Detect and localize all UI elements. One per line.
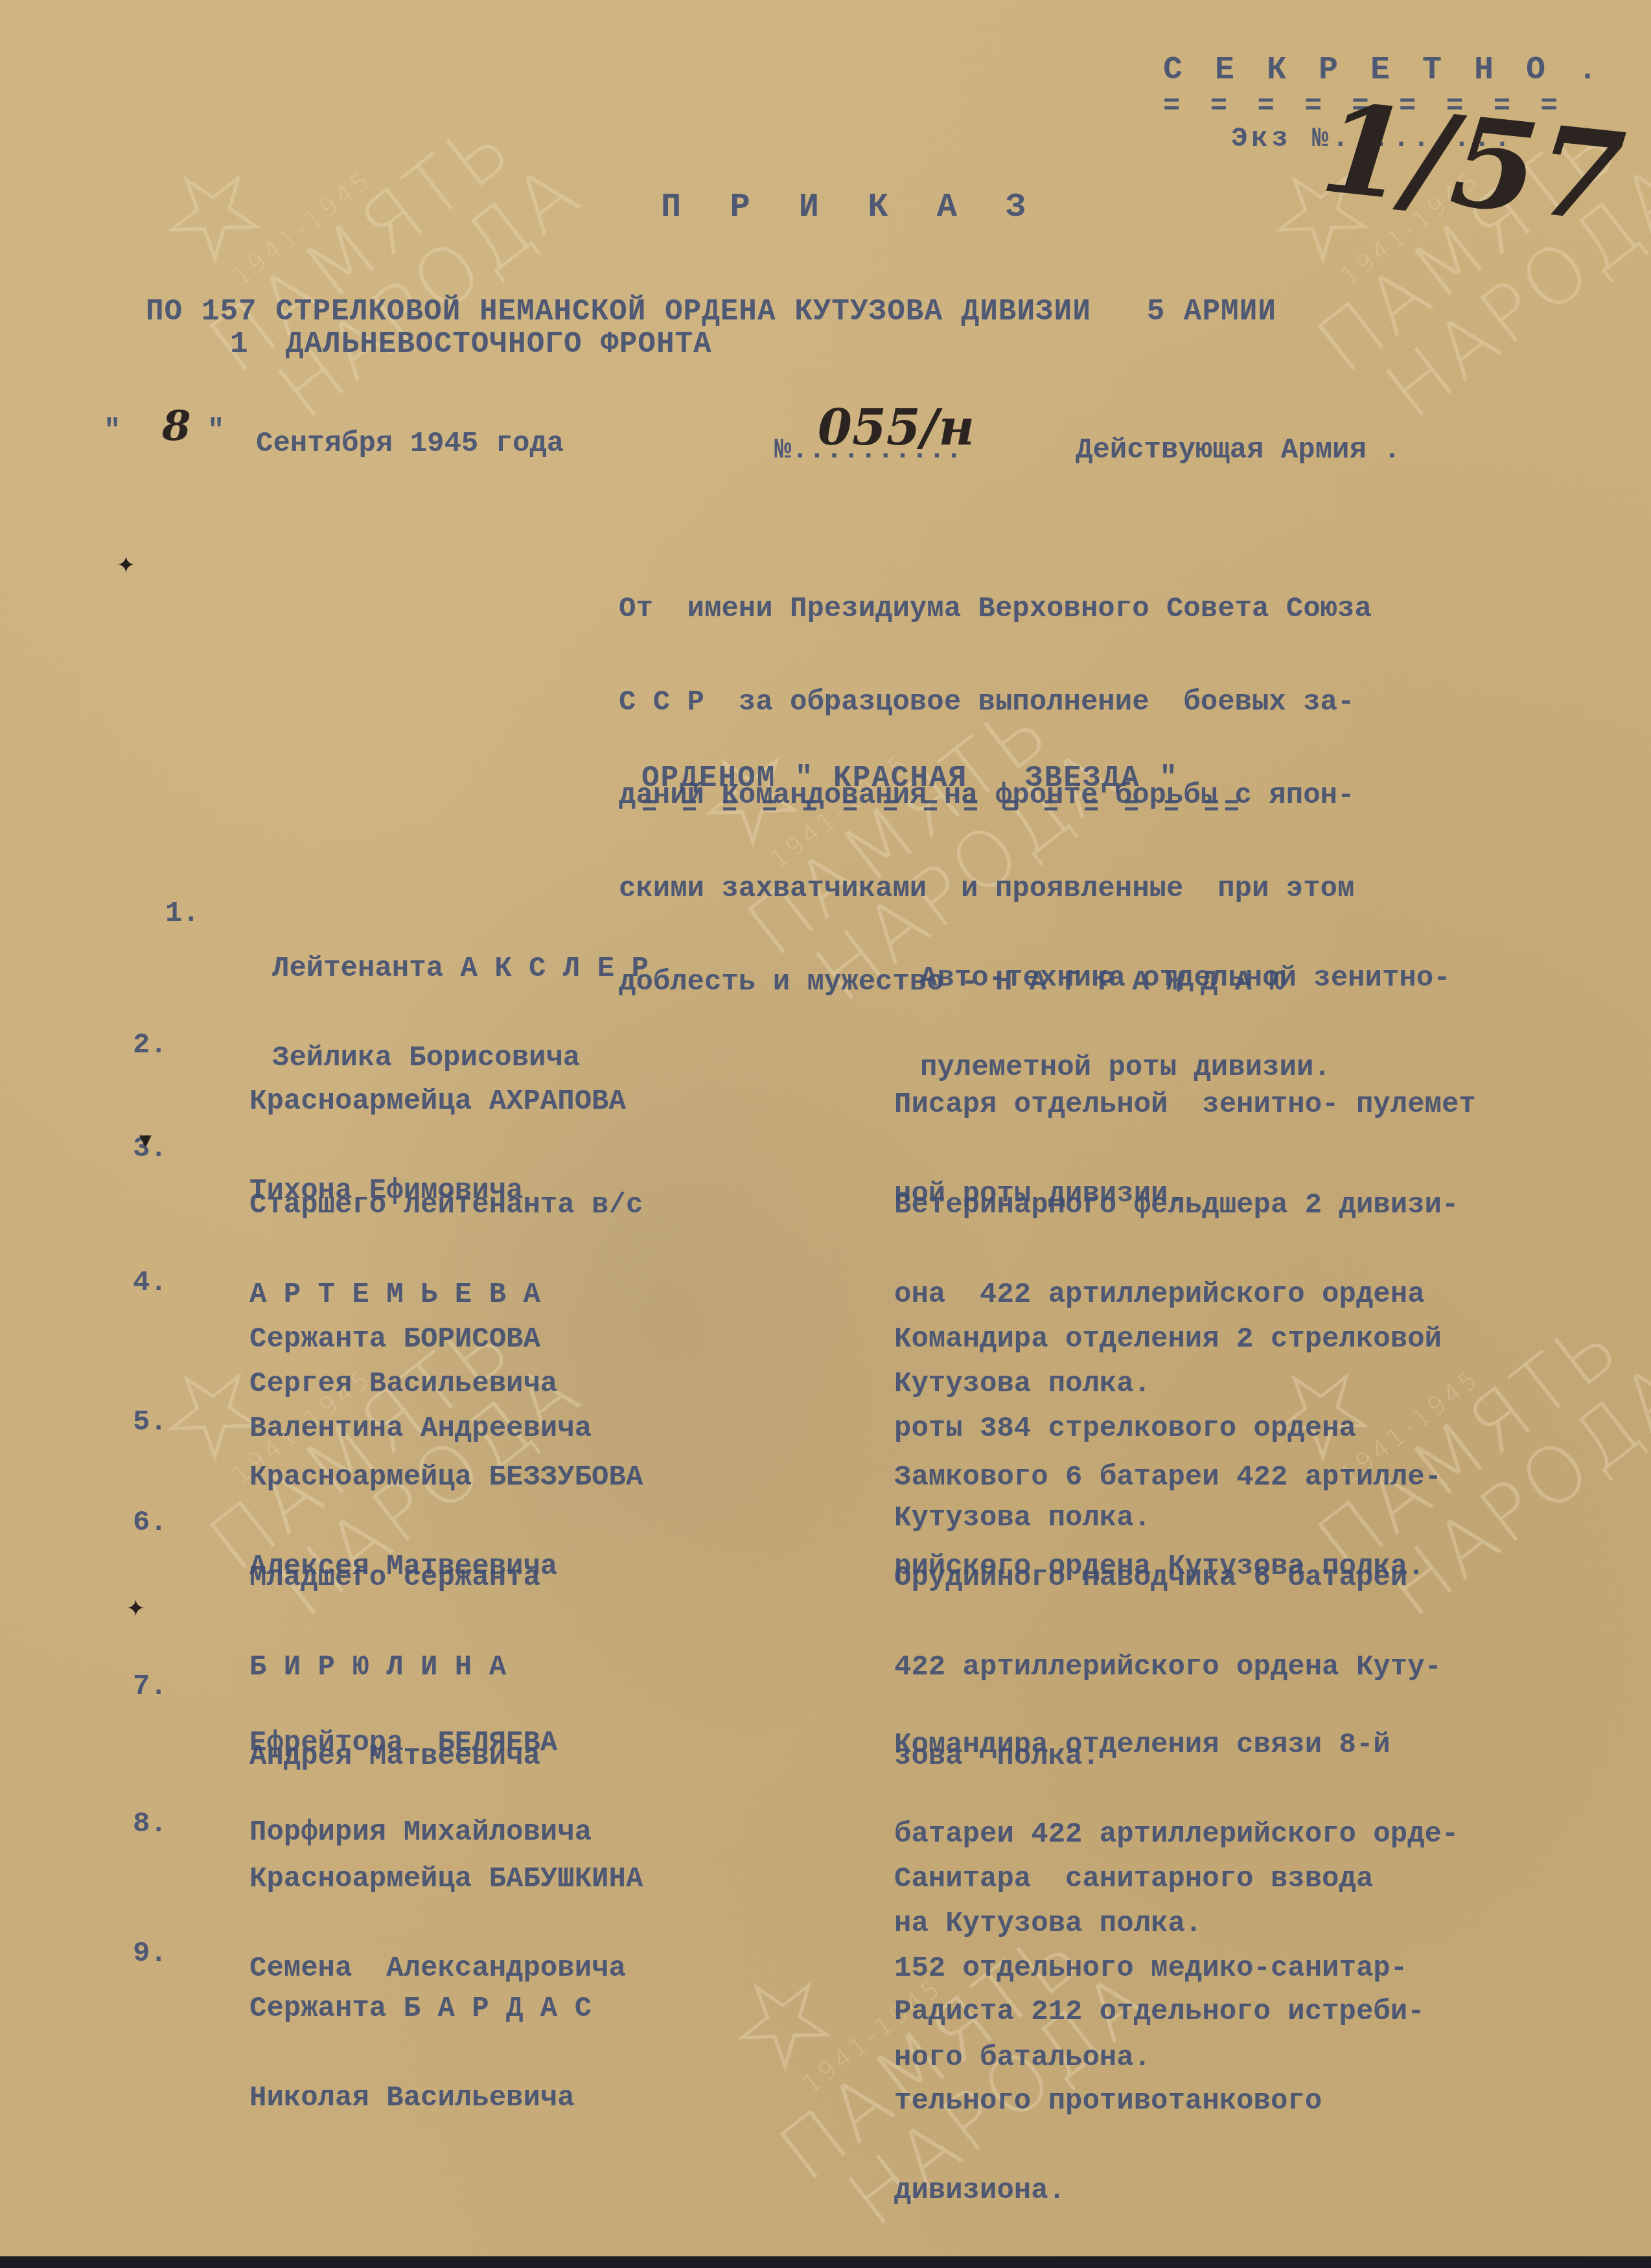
date-month-year: Сентября 1945 года [256,428,564,460]
date-open-quote: " [104,415,121,447]
entry-number: 8. [133,1808,167,1840]
punch-hole-mark: ✦ [126,1588,145,1626]
award-title: ОРДЕНОМ " КРАСНАЯ ЗВЕЗДА " [641,761,1179,795]
entry-number: 2. [133,1029,167,1061]
document-title: П Р И К А З [661,188,1040,226]
entry-name: Сержанта Б А Р Д А С Николая Васильевича [249,1934,592,2173]
copy-number-handwritten: 1/57 [1315,75,1631,250]
punch-hole-mark: ▾ [136,1121,155,1159]
entry-number: 7. [133,1671,167,1703]
entry-number: 4. [133,1267,167,1299]
date-close-quote: " [207,415,224,447]
watermark: ☆ 1941-1945 ПАМЯТЬ НАРОДА [110,0,594,448]
entry-number: 1. [165,897,200,930]
entry-position: Радиста 212 отдельного истреби- тельного… [894,1938,1425,2265]
header-front-line: 1 ДАЛЬНЕВОСТОЧНОГО ФРОНТА [230,327,712,361]
date-day-handwritten: 8 [162,402,191,450]
entry-number: 5. [133,1406,167,1439]
order-number-handwritten: 055/н [818,399,975,456]
header-unit-line: ПО 157 СТРЕЛКОВОЙ НЕМАНСКОЙ ОРДЕНА КУТУЗ… [146,295,1276,329]
entry-number: 6. [133,1507,167,1539]
star-icon: ☆ [131,0,488,295]
award-underline: = = = = = = = = = = = = = = == [641,794,1244,823]
location-active-army: Действующая Армия . [1076,434,1401,467]
punch-hole-mark: ✦ [117,544,135,583]
document-page: ☆ 1941-1945 ПАМЯТЬ НАРОДА ☆ 1941-1945 ПА… [0,0,1651,2256]
entry-number: 9. [133,1938,167,1970]
scan-background [0,2256,1651,2268]
